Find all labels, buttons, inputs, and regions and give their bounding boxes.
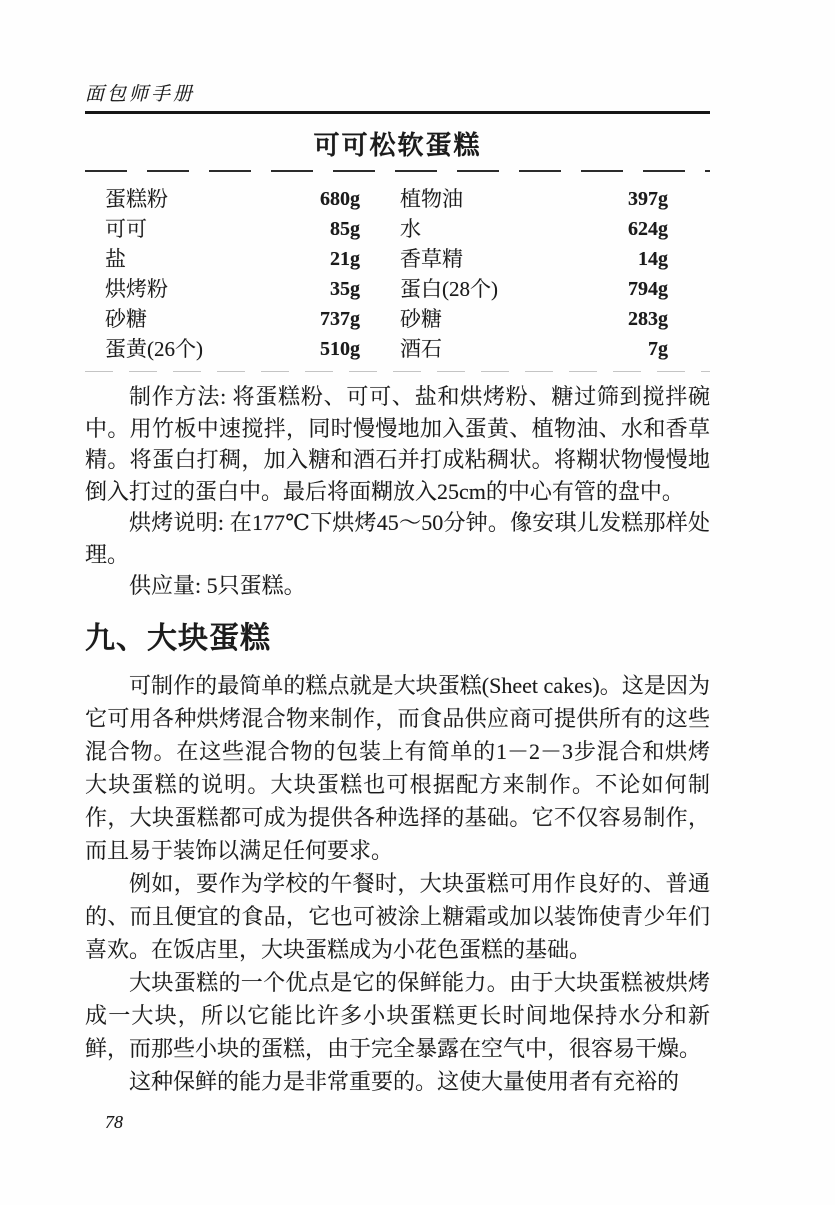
- section-paragraph: 这种保鲜的能力是非常重要的。这使大量使用者有充裕的: [85, 1065, 710, 1098]
- table-bottom-divider: [85, 371, 710, 372]
- ingredient-name: 香草精: [400, 244, 463, 274]
- page-content: 面包师手册 可可松软蛋糕 蛋糕粉 680g 植物油 397g 可可 85g: [85, 84, 710, 1133]
- table-row: 可可 85g 水 624g: [85, 214, 710, 244]
- page-number: 78: [85, 1111, 710, 1133]
- ingredient-quantity: 35g: [330, 274, 360, 304]
- running-header-text: 面包师手册: [85, 84, 195, 105]
- running-header: 面包师手册: [85, 84, 710, 106]
- section-paragraph: 大块蛋糕的一个优点是它的保鲜能力。由于大块蛋糕被烘烤成一大块，所以它能比许多小块…: [85, 966, 710, 1065]
- scanned-book-page: 面包师手册 可可松软蛋糕 蛋糕粉 680g 植物油 397g 可可 85g: [0, 0, 835, 1205]
- method-label: 制作方法:: [129, 384, 233, 409]
- table-row: 蛋糕粉 680g 植物油 397g: [85, 184, 710, 214]
- baking-paragraph: 烘烤说明: 在177℃下烘烤45～50分钟。像安琪儿发糕那样处理。: [85, 507, 710, 570]
- ingredient-quantity: 737g: [320, 304, 360, 334]
- yield-text: 5只蛋糕。: [207, 573, 306, 598]
- ingredients-table: 蛋糕粉 680g 植物油 397g 可可 85g 水 624g: [85, 184, 710, 364]
- table-row: 蛋黄(26个) 510g 酒石 7g: [85, 334, 710, 364]
- ingredient-pair: 酒石 7g: [400, 334, 668, 364]
- ingredient-pair: 水 624g: [400, 214, 668, 244]
- yield-label: 供应量:: [129, 573, 207, 598]
- ingredient-quantity: 624g: [628, 214, 668, 244]
- section-paragraph: 例如，要作为学校的午餐时，大块蛋糕可用作良好的、普通的、而且便宜的食品，它也可被…: [85, 867, 710, 966]
- ingredient-pair: 蛋白(28个) 794g: [400, 274, 668, 304]
- ingredient-pair: 盐 21g: [105, 244, 360, 274]
- ingredient-name: 植物油: [400, 184, 463, 214]
- section-heading: 九、大块蛋糕: [85, 621, 710, 657]
- ingredient-name: 酒石: [400, 334, 442, 364]
- ingredient-quantity: 14g: [638, 244, 668, 274]
- ingredient-name: 蛋白(28个): [400, 274, 498, 304]
- ingredient-pair: 蛋黄(26个) 510g: [105, 334, 360, 364]
- ingredient-quantity: 7g: [648, 334, 668, 364]
- ingredient-pair: 植物油 397g: [400, 184, 668, 214]
- ingredient-name: 蛋糕粉: [105, 184, 168, 214]
- title-divider: [85, 170, 710, 172]
- yield-paragraph: 供应量: 5只蛋糕。: [85, 570, 710, 602]
- ingredient-pair: 可可 85g: [105, 214, 360, 244]
- ingredient-name: 水: [400, 214, 421, 244]
- ingredient-quantity: 397g: [628, 184, 668, 214]
- ingredient-quantity: 794g: [628, 274, 668, 304]
- ingredient-pair: 砂糖 283g: [400, 304, 668, 334]
- section-paragraph: 可制作的最简单的糕点就是大块蛋糕(Sheet cakes)。这是因为它可用各种烘…: [85, 669, 710, 867]
- ingredient-name: 可可: [105, 214, 147, 244]
- recipe-title: 可可松软蛋糕: [85, 131, 710, 161]
- ingredient-pair: 蛋糕粉 680g: [105, 184, 360, 214]
- method-paragraph: 制作方法: 将蛋糕粉、可可、盐和烘烤粉、糖过筛到搅拌碗中。用竹板中速搅拌，同时慢…: [85, 381, 710, 507]
- ingredient-quantity: 283g: [628, 304, 668, 334]
- ingredient-name: 盐: [105, 244, 126, 274]
- table-row: 盐 21g 香草精 14g: [85, 244, 710, 274]
- ingredient-quantity: 680g: [320, 184, 360, 214]
- ingredient-pair: 烘烤粉 35g: [105, 274, 360, 304]
- ingredient-quantity: 21g: [330, 244, 360, 274]
- ingredient-pair: 砂糖 737g: [105, 304, 360, 334]
- ingredient-quantity: 85g: [330, 214, 360, 244]
- ingredient-quantity: 510g: [320, 334, 360, 364]
- table-row: 烘烤粉 35g 蛋白(28个) 794g: [85, 274, 710, 304]
- ingredient-pair: 香草精 14g: [400, 244, 668, 274]
- ingredient-name: 烘烤粉: [105, 274, 168, 304]
- baking-label: 烘烤说明:: [129, 510, 230, 535]
- ingredient-name: 砂糖: [105, 304, 147, 334]
- ingredient-name: 蛋黄(26个): [105, 334, 203, 364]
- ingredient-name: 砂糖: [400, 304, 442, 334]
- header-rule: [85, 111, 710, 114]
- table-row: 砂糖 737g 砂糖 283g: [85, 304, 710, 334]
